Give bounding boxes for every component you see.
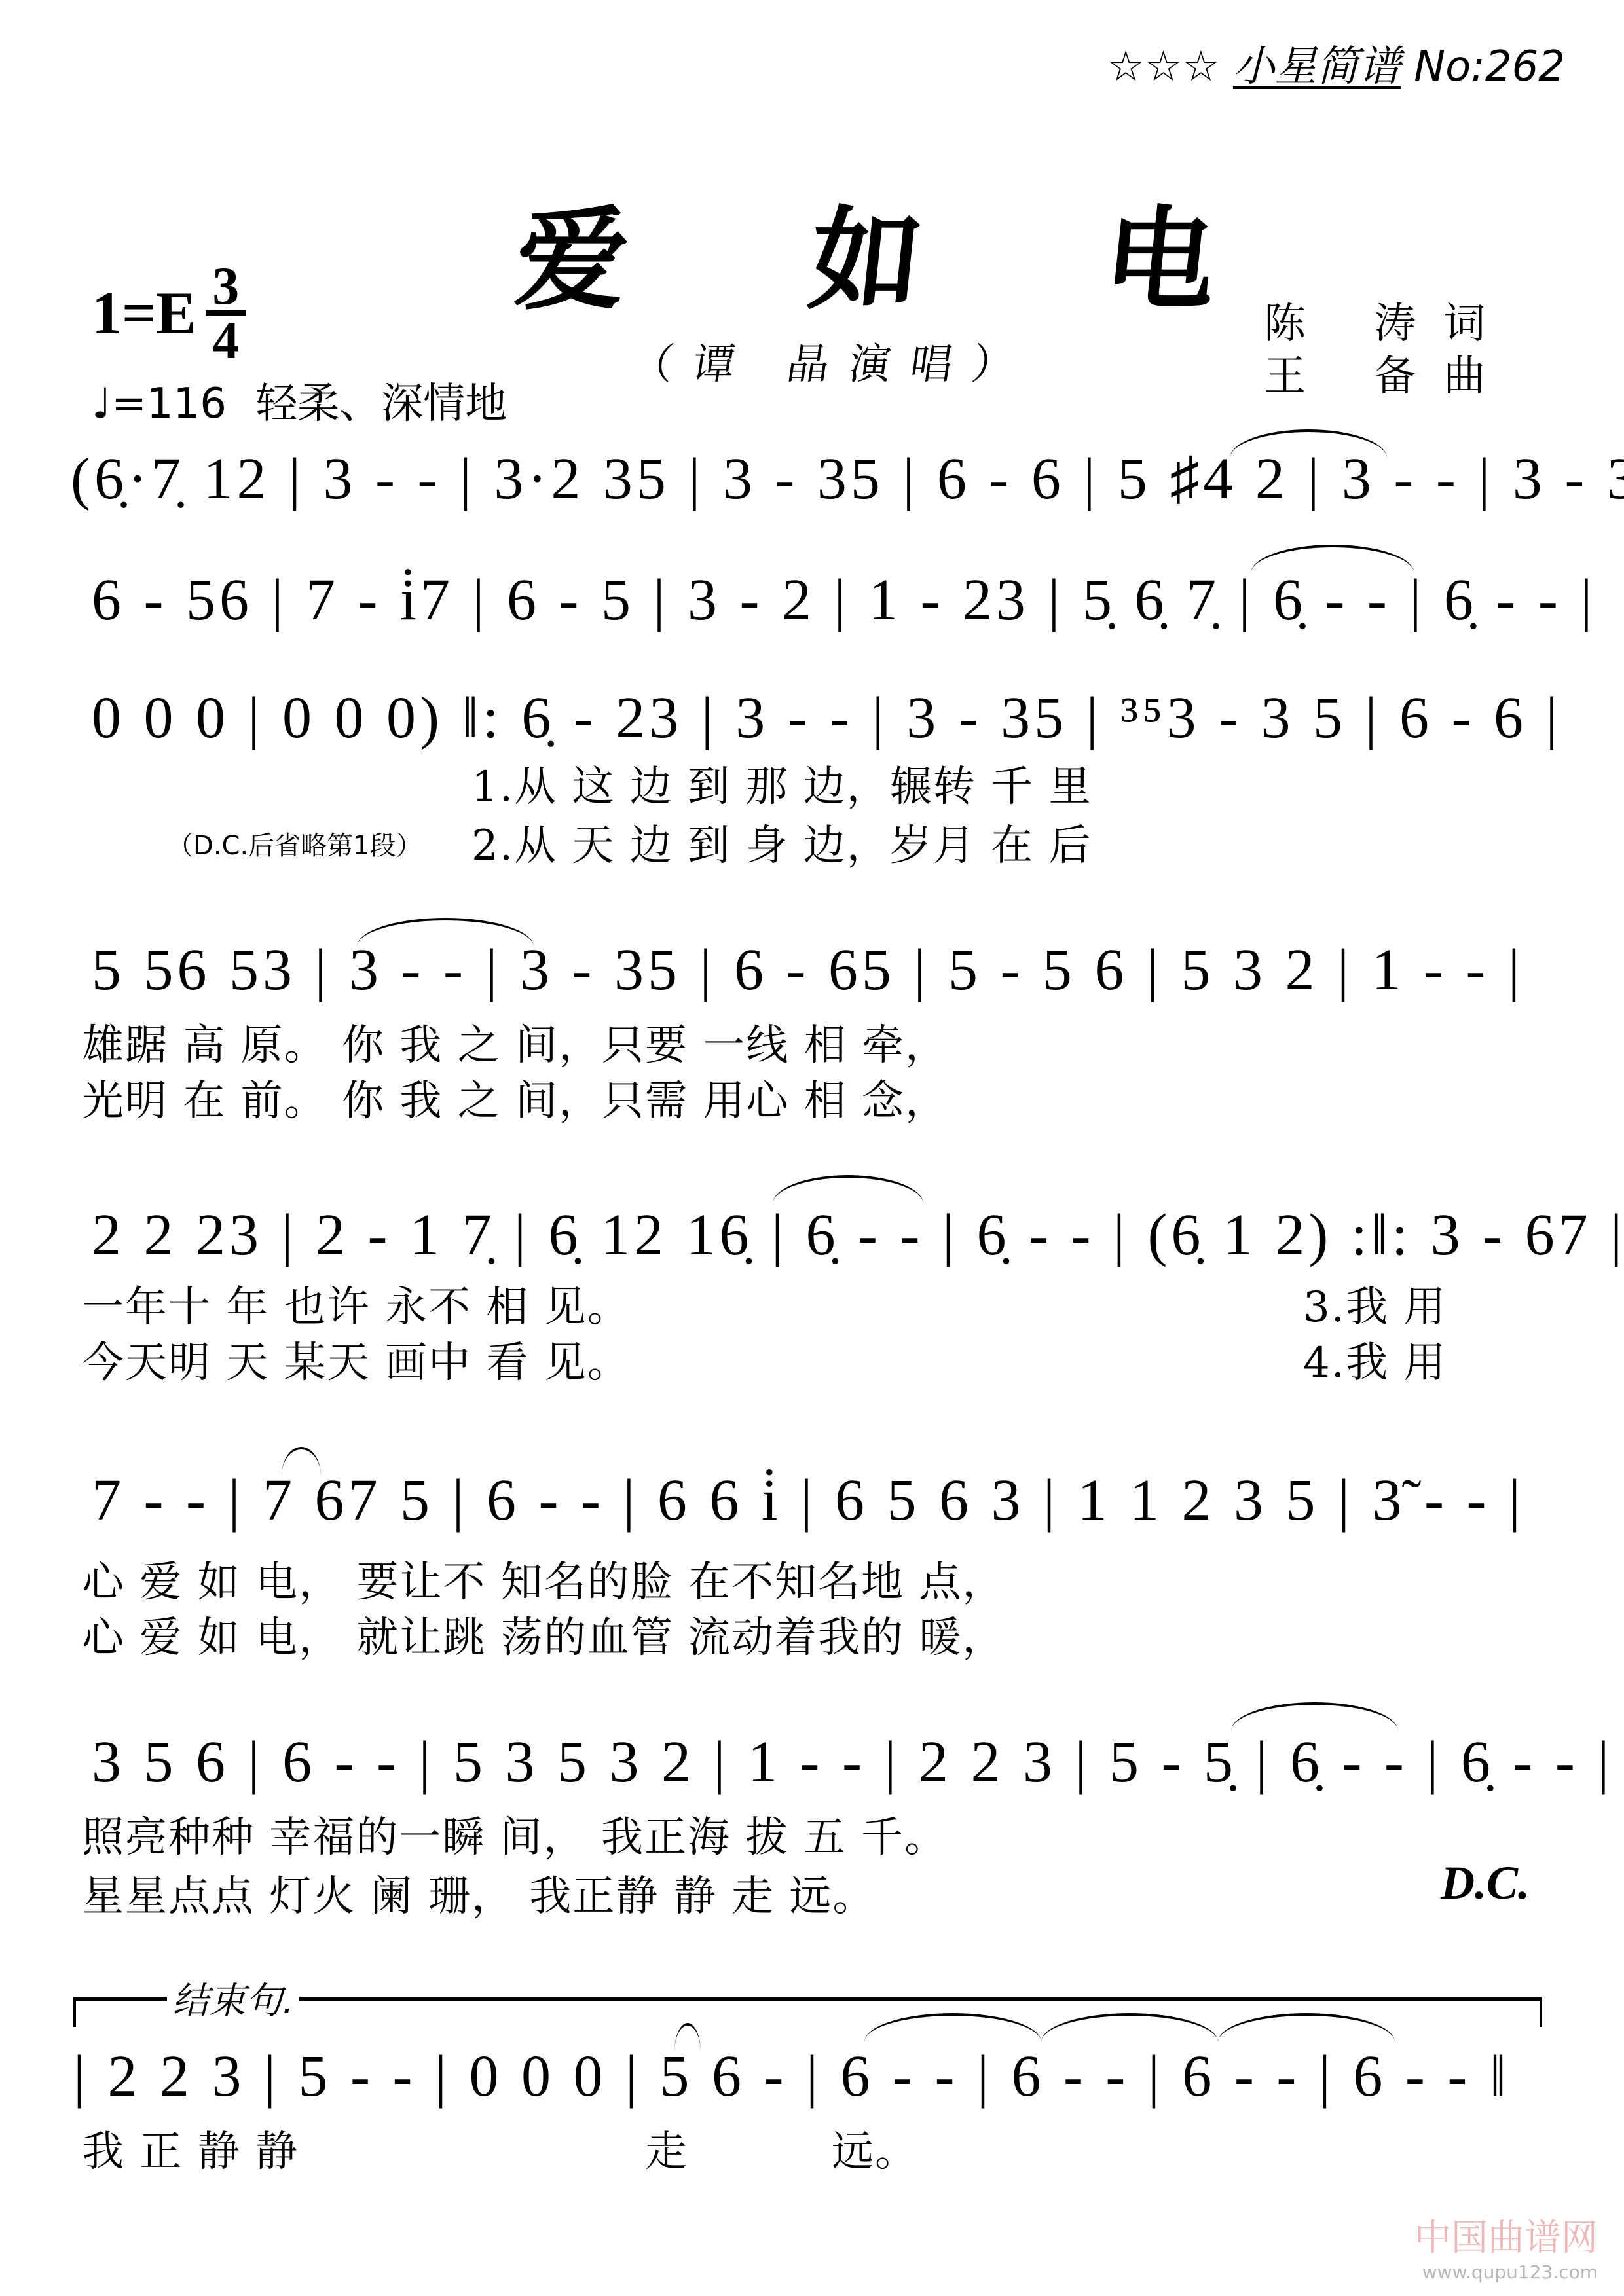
lyrics-verse-1: 雄踞 高 原。 你 我 之 间，只要 一线 相 牵， — [82, 1011, 948, 1072]
brand-link[interactable]: 小星简谱 — [1233, 43, 1401, 91]
lyrics-ending-1: 我 正 静 静 — [82, 2118, 299, 2178]
lyricist: 陈 涛词 — [1264, 298, 1513, 350]
score-number: No:262 — [1414, 43, 1565, 91]
notation-text: 6 - 56 | 7 - i̇7 | 6 - 5 | 3 - 2 | 1 - 2… — [92, 566, 1596, 634]
lyrics-verse-2: 今天明 天 某天 画中 看 见。 — [82, 1329, 631, 1389]
lyrics-verse-4: 星星点点 灯火 阑 珊， 我正静 静 走 远。 — [82, 1863, 876, 1923]
lyrics-verse-3: 照亮种种 幸福的一瞬 间， 我正海 拔 五 千。 — [82, 1804, 948, 1864]
slur-arc — [674, 2023, 701, 2052]
score-line-7: 3 5 6 | 6 - - | 5 3 5 3 2 | 1 - - | 2 2 … — [92, 1728, 1624, 1796]
ending-label: 结束句. — [167, 1972, 299, 2024]
notation-text: (6̣·7̣ 12 | 3 - - | 3·2 35 | 3 - 35 | 6 … — [71, 445, 1624, 513]
notation-text: | 2 2 3 | 5 - - | 0 0 0 | 5 6 - | 6 - - … — [73, 2043, 1510, 2110]
quarter-note-icon: ♩=116 — [92, 380, 227, 428]
notation-text: 0 0 0 | 0 0 0) ‖: 6̣ - 23 | 3 - - | 3 - … — [92, 684, 1562, 752]
credits: 陈 涛词 王 备曲 — [1264, 298, 1513, 403]
tie-arc — [1231, 1702, 1398, 1731]
tie-arc — [1230, 429, 1387, 458]
key-label: 1=E — [92, 278, 196, 348]
notation-text: 5 56 53 | 3 - - | 3 - 35 | 6 - 65 | 5 - … — [92, 936, 1524, 1004]
watermark-logo: 中国曲谱网 — [1414, 2209, 1598, 2261]
score-line-4: 5 56 53 | 3 - - | 3 - 35 | 6 - 65 | 5 - … — [92, 936, 1624, 1004]
song-title: 爱 如 电 — [509, 170, 1297, 331]
score-line-2: 6 - 56 | 7 - i̇7 | 6 - 5 | 3 - 2 | 1 - 2… — [92, 566, 1624, 634]
composer: 王 备曲 — [1264, 350, 1513, 403]
source-header: ☆☆☆ 小星简谱 No:262 — [1107, 33, 1565, 93]
lyrics-verse-4: 4.我 用 — [1303, 1329, 1447, 1389]
lyrics-verse-3: 心 爱 如 电， 要让不 知名的脸 在不知名地 点， — [82, 1548, 1005, 1609]
lyrics-verse-2: 光明 在 前。 你 我 之 间，只需 用心 相 念， — [82, 1067, 948, 1127]
notation-text: 3 5 6 | 6 - - | 5 3 5 3 2 | 1 - - | 2 2 … — [92, 1728, 1613, 1796]
lyrics-verse-2: 2.从 天 边 到 身 边，岁月 在 后 — [471, 812, 1092, 872]
expression-text: 轻柔、深情地 — [255, 380, 507, 428]
rating-stars: ☆☆☆ — [1107, 43, 1219, 91]
tempo-marking: ♩=116 轻柔、深情地 — [92, 370, 507, 430]
singer-credit: （谭 晶演唱） — [628, 331, 1039, 391]
tie-arc — [357, 918, 534, 947]
watermark-url[interactable]: www.qupu123.com — [1414, 2261, 1598, 2283]
tie-arc — [1251, 545, 1414, 574]
lyrics-verse-3: 3.我 用 — [1303, 1273, 1447, 1334]
tie-arc — [773, 1175, 923, 1204]
key-signature: 1=E 3 4 — [92, 262, 246, 365]
score-line-5: 2 2 23 | 2 - 1 7̣ | 6̣ 12 16̣ | 6̣ - - |… — [92, 1201, 1624, 1269]
lyrics-verse-1: 一年十 年 也许 永不 相 见。 — [82, 1273, 631, 1334]
time-signature: 3 4 — [206, 262, 246, 365]
lyrics-ending-2: 走 — [645, 2118, 688, 2178]
score-line-3: 0 0 0 | 0 0 0) ‖: 6̣ - 23 | 3 - - | 3 - … — [92, 684, 1624, 752]
dc-note: （D.C.后省略第1段） — [167, 825, 422, 862]
score-line-1: (6̣·7̣ 12 | 3 - - | 3·2 35 | 3 - 35 | 6 … — [71, 445, 1624, 513]
score-line-8: | 2 2 3 | 5 - - | 0 0 0 | 5 6 - | 6 - - … — [73, 2043, 1624, 2110]
da-capo-marking: D.C. — [1441, 1856, 1530, 1910]
score-line-6: 7 - - | 7 67 5 | 6 - - | 6 6 i̇ | 6 5 6 … — [92, 1467, 1624, 1534]
notation-text: 2 2 23 | 2 - 1 7̣ | 6̣ 12 16̣ | 6̣ - - |… — [92, 1201, 1624, 1269]
watermark: 中国曲谱网 www.qupu123.com — [1414, 2209, 1598, 2283]
lyrics-verse-1: 1.从 这 边 到 那 边，辗转 千 里 — [471, 753, 1092, 813]
lyrics-verse-4: 心 爱 如 电， 就让跳 荡的血管 流动着我的 暖， — [82, 1604, 1005, 1664]
time-sig-top: 3 — [212, 262, 239, 310]
slur-arc — [282, 1447, 321, 1476]
notation-text: 7 - - | 7 67 5 | 6 - - | 6 6 i̇ | 6 5 6 … — [92, 1467, 1524, 1534]
lyrics-ending-3: 远。 — [832, 2118, 918, 2178]
time-sig-bottom: 4 — [212, 316, 239, 365]
